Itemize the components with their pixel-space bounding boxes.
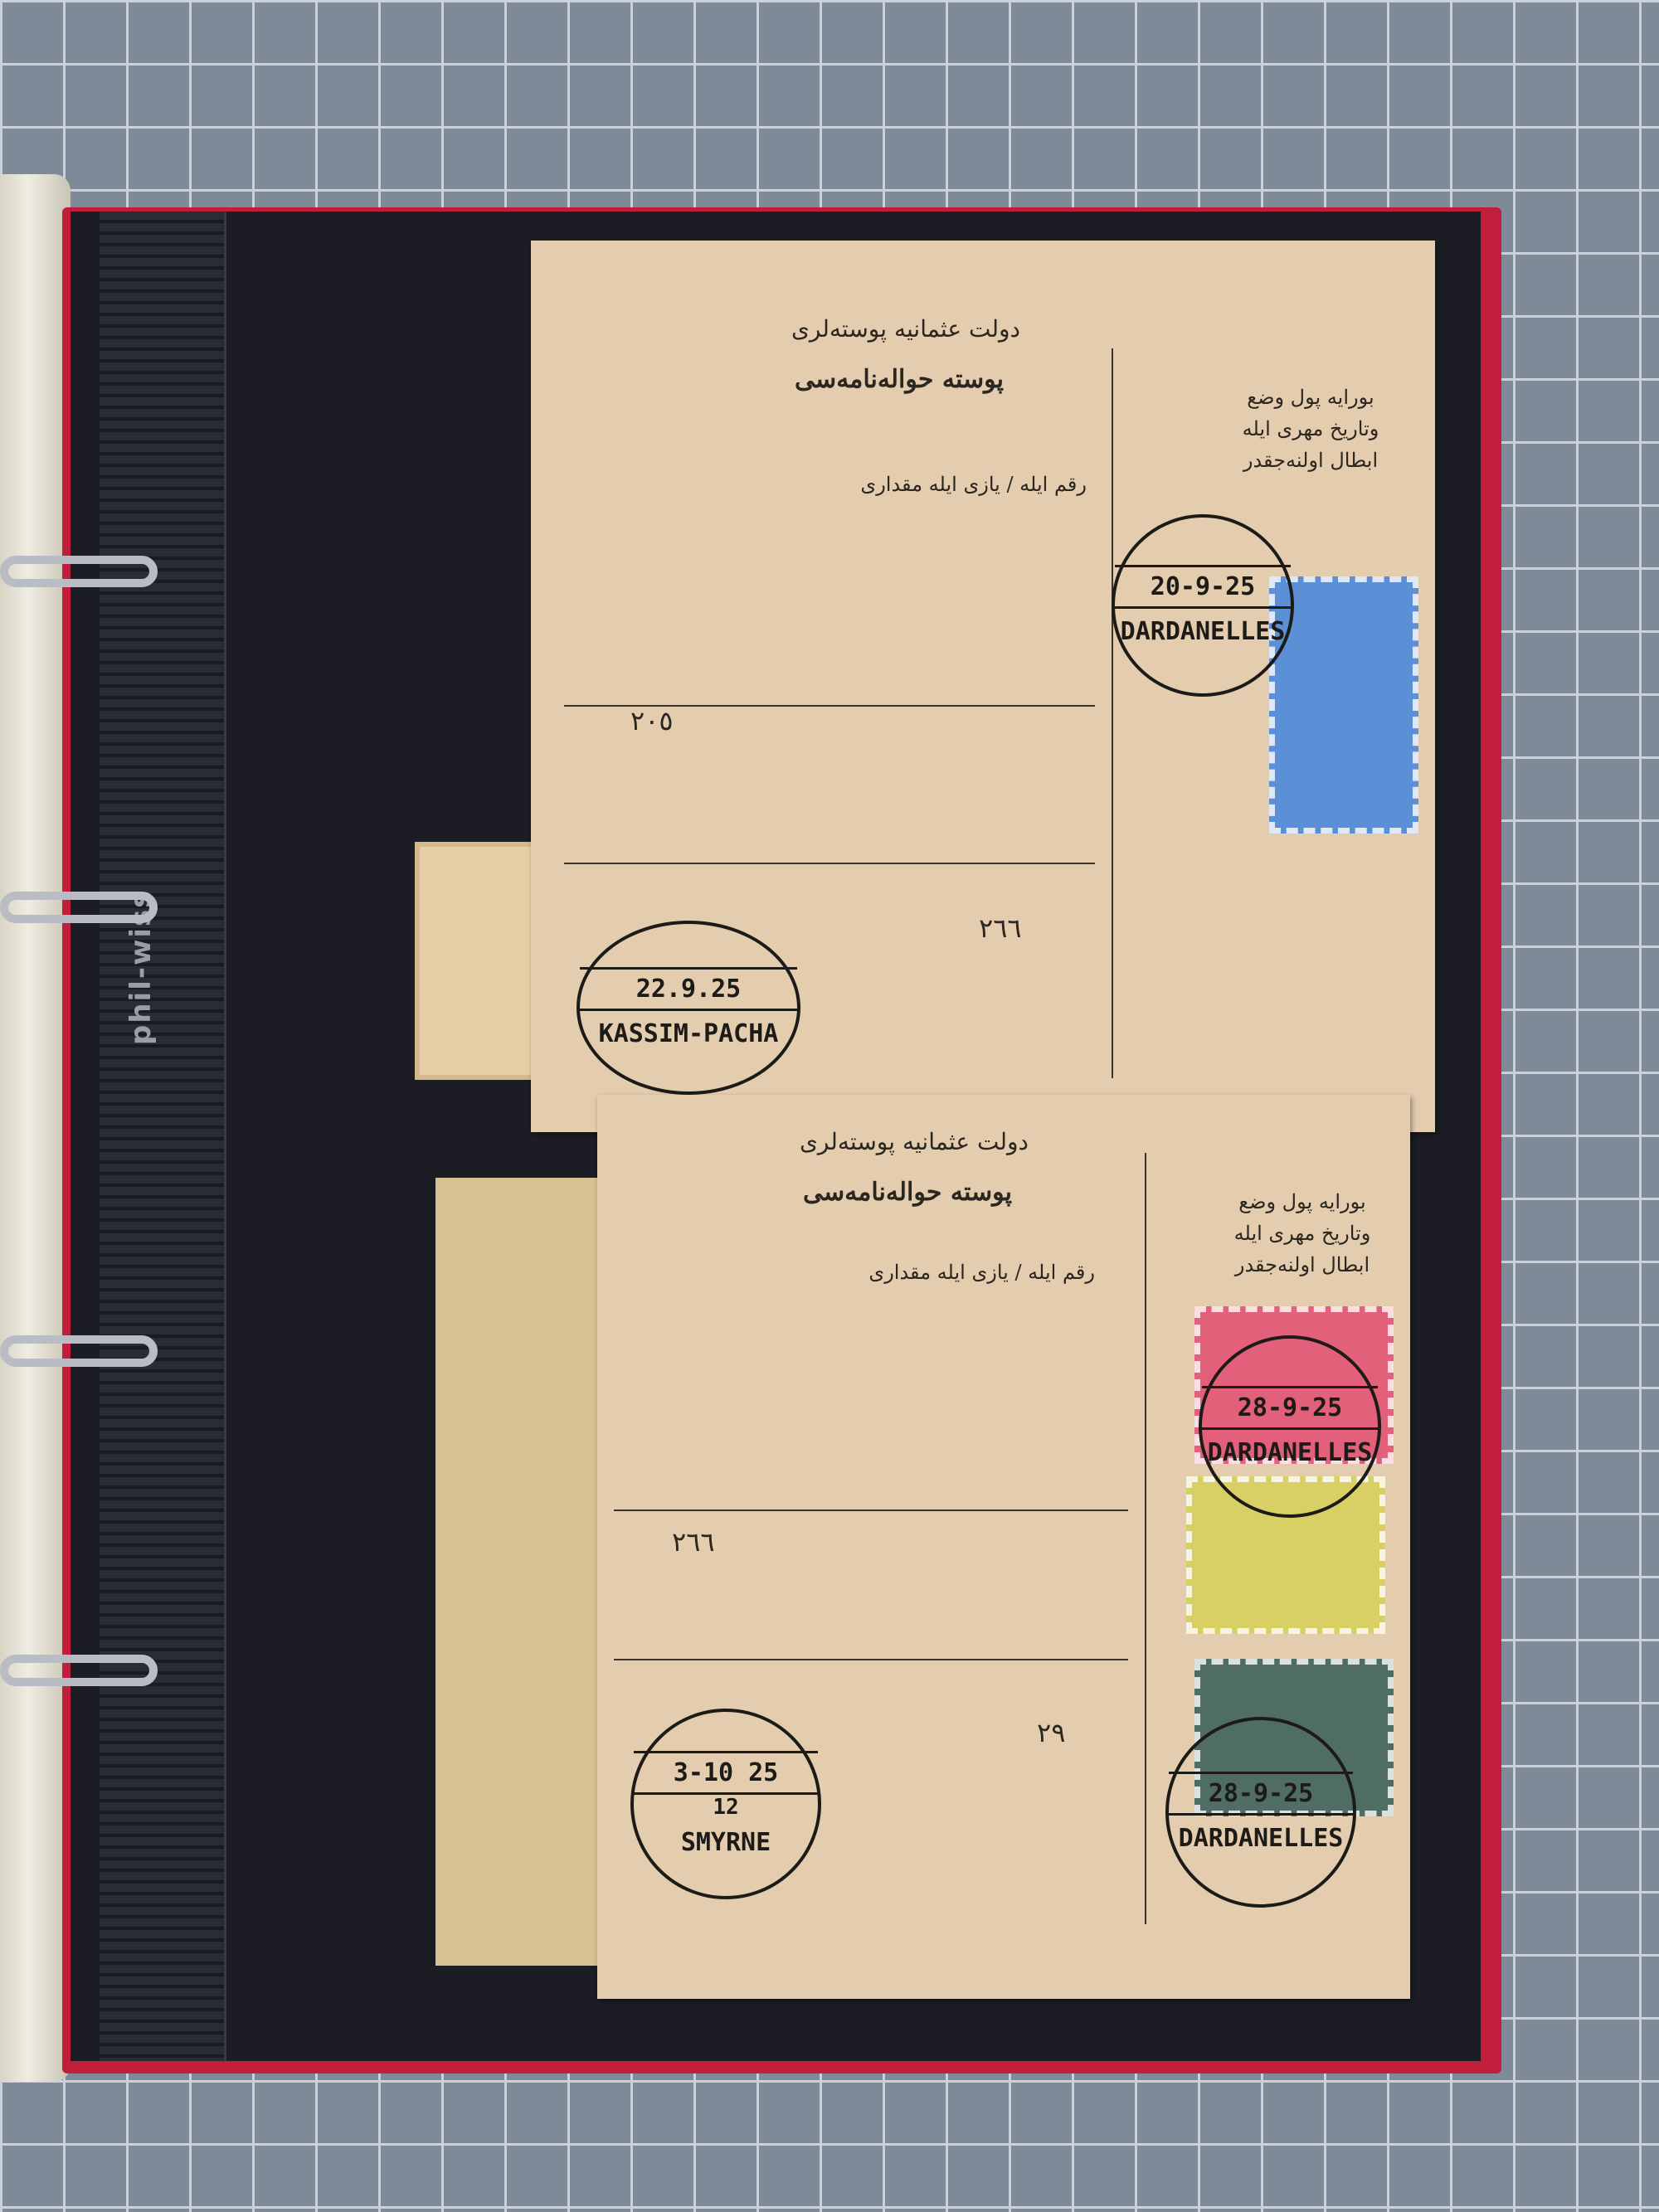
binding-strip: [100, 211, 226, 2061]
divider: [1145, 1153, 1146, 1924]
binder-ring: [0, 556, 158, 587]
binder-ring: [0, 892, 158, 923]
postmark-dardanelles: 20-9-25 DARDANELLES: [1112, 514, 1294, 697]
amount-label: رقم ايله / يازی ايله مقداری: [860, 473, 1087, 496]
side-note: بورايه پول وضع وتاريخ مهری ايله ابطال او…: [1211, 1186, 1394, 1281]
amount-label: رقم ايله / يازی ايله مقداری: [868, 1261, 1095, 1284]
binder-ring: [0, 1335, 158, 1367]
postmark-smyrne: 3-10 25 12 SMYRNE: [630, 1709, 821, 1899]
binder-edge: [0, 174, 71, 2082]
form-header: دولت عثمانيه پوسته‌لری: [800, 1128, 1029, 1155]
arrival-number: ٢٦٦: [979, 912, 1022, 944]
form-title: پوسته حواله‌نامه‌سی: [795, 365, 1004, 394]
money-order-form-2: دولت عثمانيه پوسته‌لری پوسته حواله‌نامه‌…: [597, 1095, 1410, 1999]
postmark-kassim-pacha: 22.9.25 KASSIM-PACHA: [577, 921, 800, 1095]
form-title: پوسته حواله‌نامه‌سی: [803, 1178, 1012, 1207]
postmark-dardanelles: 28-9-25 DARDANELLES: [1199, 1335, 1381, 1518]
side-note: بورايه پول وضع وتاريخ مهری ايله ابطال او…: [1219, 382, 1402, 476]
rule: [614, 1659, 1128, 1660]
form-number: ٢٠٥: [630, 705, 674, 737]
rule: [564, 863, 1095, 864]
form-header: دولت عثمانيه پوسته‌لری: [791, 315, 1020, 343]
arrival-number: ٢٩: [1037, 1717, 1065, 1748]
postmark-dardanelles: 28-9-25 DARDANELLES: [1165, 1717, 1356, 1908]
divider: [1112, 348, 1113, 1078]
money-order-form-1: دولت عثمانيه پوسته‌لری پوسته حواله‌نامه‌…: [531, 241, 1435, 1132]
binder-ring: [0, 1655, 158, 1686]
rule: [614, 1510, 1128, 1511]
loose-stamp: [415, 842, 545, 1080]
form-number: ٢٦٦: [672, 1526, 715, 1558]
